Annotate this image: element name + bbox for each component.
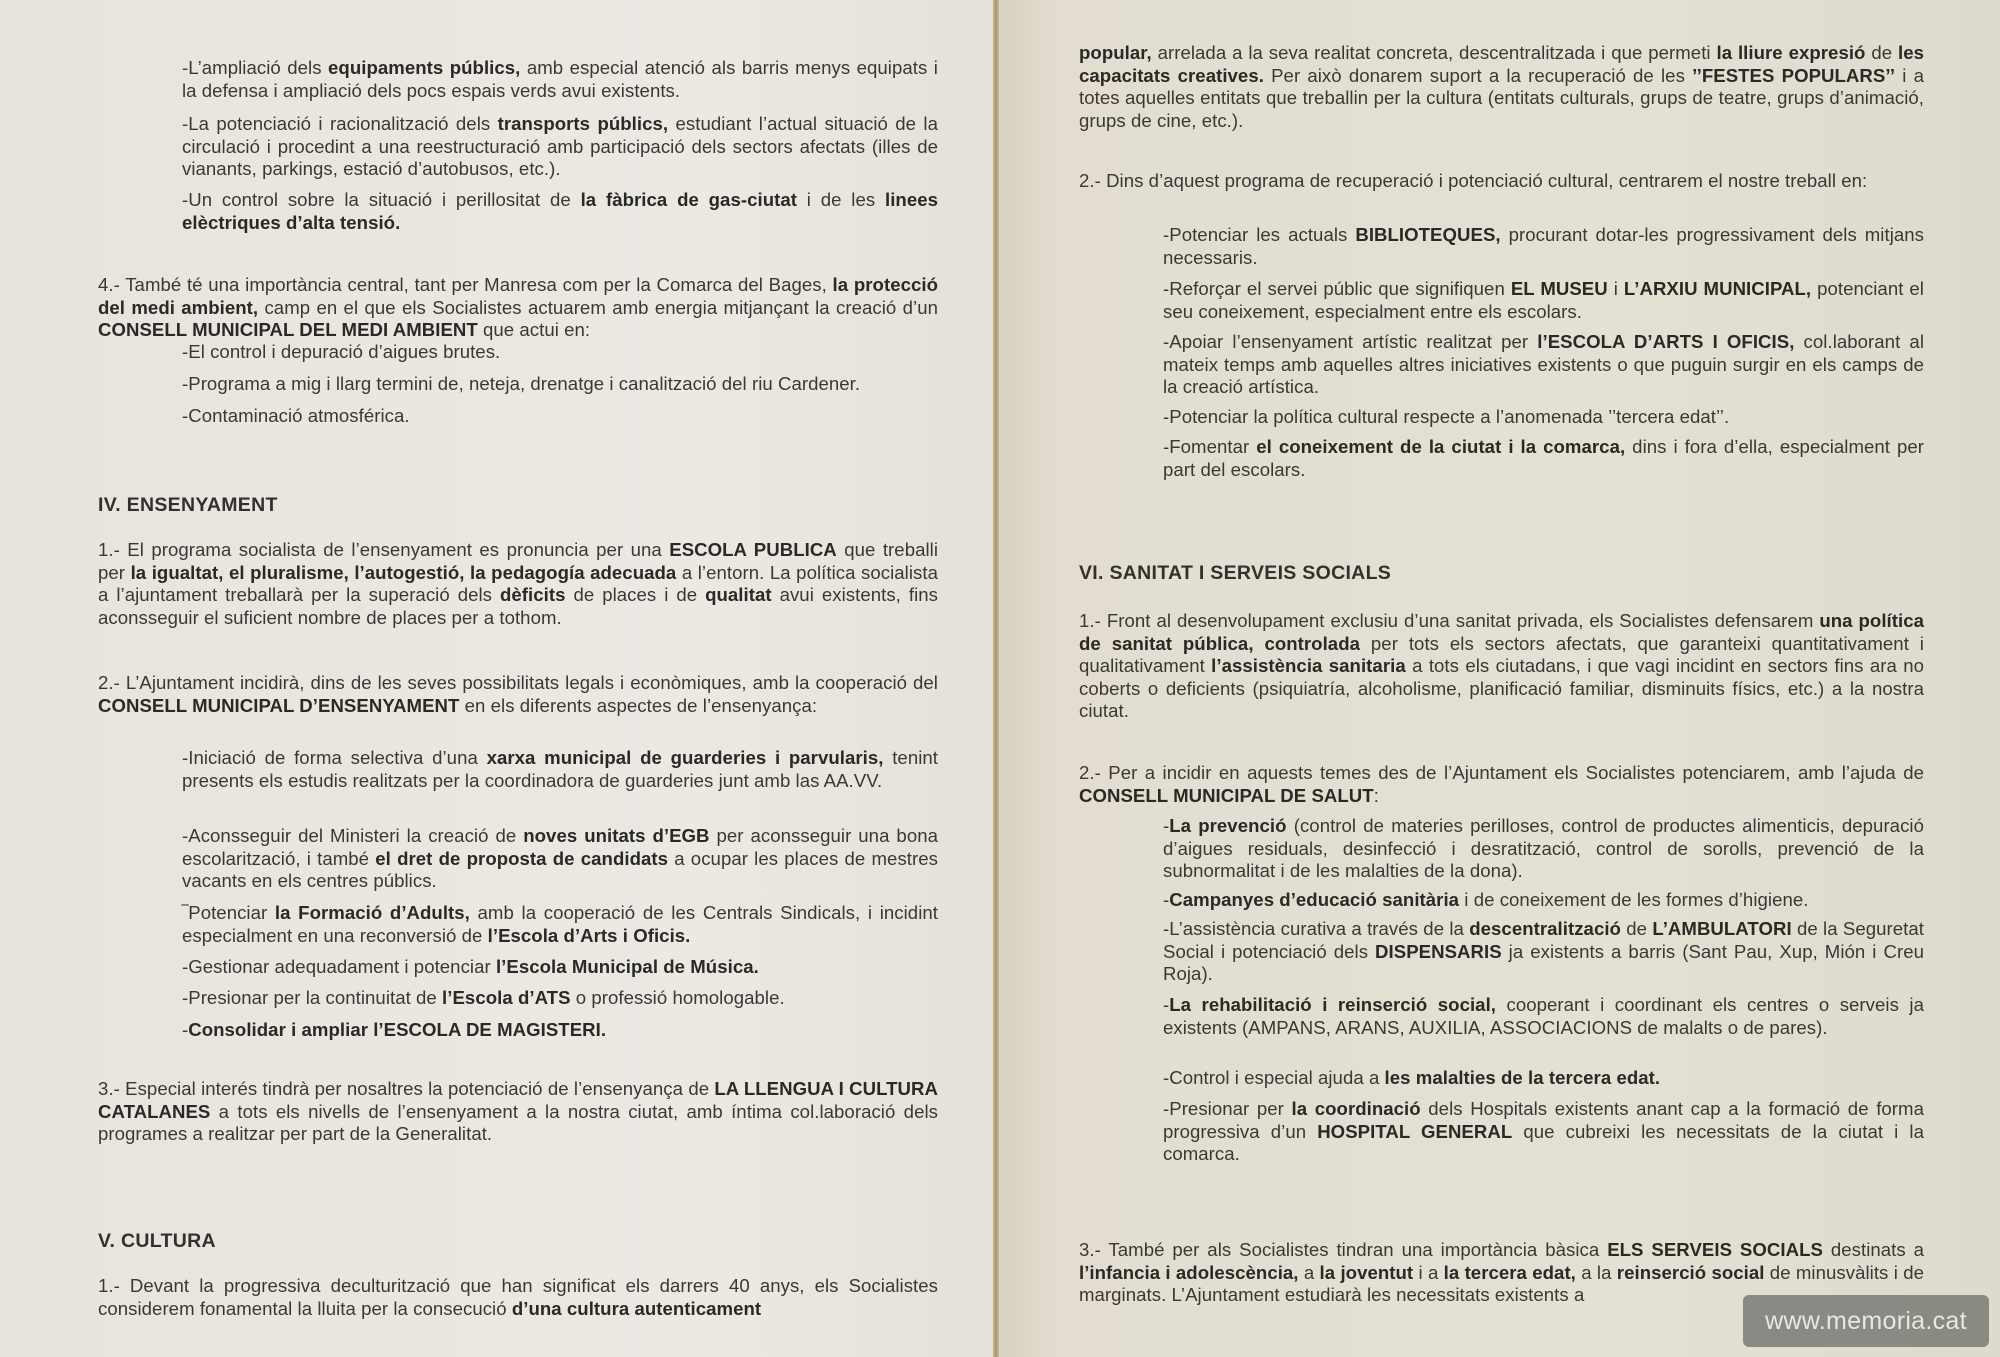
text-run: 2.- Dins d’aquest programa de recuperaci… <box>1079 170 1867 191</box>
text-run: -Contaminació atmosférica. <box>182 405 410 426</box>
watermark-badge: www.memoria.cat <box>1743 1295 1989 1347</box>
text-run: 3.- Especial interés tindrà per nosaltre… <box>98 1078 714 1099</box>
bold-text: ELS SERVEIS SOCIALS <box>1607 1239 1823 1260</box>
list-item: -Presionar per la continuitat de l’Escol… <box>182 987 938 1010</box>
section-heading: IV. ENSENYAMENT <box>98 494 278 517</box>
bold-text: CONSELL MUNICIPAL DE SALUT <box>1079 785 1374 806</box>
bold-text: la igualtat, el pluralisme, l’autogestió… <box>131 562 677 583</box>
bold-text: transports públics, <box>498 113 669 134</box>
list-item: -Aconsseguir del Ministeri la creació de… <box>182 825 938 893</box>
text-run: -Reforçar el servei públic que signifiqu… <box>1163 278 1511 299</box>
list-item: -L’assistència curativa a través de la d… <box>1163 918 1924 986</box>
text-run: -Potenciar les actuals <box>1163 224 1355 245</box>
text-run: -Presionar per <box>1163 1098 1292 1119</box>
bold-text: La prevenció <box>1169 815 1286 836</box>
text-run: de <box>1621 918 1652 939</box>
text-run: destinats a <box>1823 1239 1924 1260</box>
bold-text: qualitat <box>705 584 772 605</box>
text-run: -Fomentar <box>1163 436 1256 457</box>
bold-text: el dret de proposta de candidats <box>375 848 668 869</box>
text-run: 3.- També per als Socialistes tindran un… <box>1079 1239 1607 1260</box>
bold-text: noves unitats d’EGB <box>523 825 709 846</box>
bold-text: descentralització <box>1469 918 1621 939</box>
text-run: en els diferents aspectes de l’ensenyanç… <box>459 695 817 716</box>
list-item: -Reforçar el servei públic que signifiqu… <box>1163 278 1924 323</box>
bold-text: popular, <box>1079 42 1152 63</box>
paragraph: 3.- Especial interés tindrà per nosaltre… <box>98 1078 938 1146</box>
text-run: 4.- També té una importància central, ta… <box>98 274 833 295</box>
text-run: -Potenciar la política cultural respecte… <box>1163 406 1729 427</box>
bold-text: CONSELL MUNICIPAL DEL MEDI AMBIENT <box>98 319 478 340</box>
list-item: -Contaminació atmosférica. <box>182 405 938 428</box>
list-item: -Fomentar el coneixement de la ciutat i … <box>1163 436 1924 481</box>
text-run: -Un control sobre la situació i perillos… <box>182 189 581 210</box>
list-item: -Apoiar l’ensenyament artístic realitzat… <box>1163 331 1924 399</box>
text-run: Per això donarem suport a la recuperació… <box>1264 65 1692 86</box>
text-run: 2.- L’Ajuntament incidirà, dins de les s… <box>98 672 938 693</box>
left-page: IV. ENSENYAMENTV. CULTURA-L’ampliació de… <box>0 0 995 1357</box>
bold-text: l’Escola d’ATS <box>442 987 570 1008</box>
bold-text: ’’FESTES POPULARS’’ <box>1692 65 1895 86</box>
text-run: i de les <box>797 189 885 210</box>
bold-text: ESCOLA PUBLICA <box>669 539 837 560</box>
list-item: -La prevenció (control de materies peril… <box>1163 815 1924 883</box>
list-item: -Un control sobre la situació i perillos… <box>182 189 938 234</box>
paragraph: 1.- Front al desenvolupament exclusiu d’… <box>1079 610 1924 723</box>
text-run: arrelada a la seva realitat concreta, de… <box>1152 42 1717 63</box>
text-run: -Aconsseguir del Ministeri la creació de <box>182 825 523 846</box>
bold-text: xarxa municipal de guarderies i parvular… <box>487 747 884 768</box>
text-run: ‾Potenciar <box>182 902 275 923</box>
bold-text: reinserció social <box>1617 1262 1765 1283</box>
bold-text: DISPENSARIS <box>1375 941 1502 962</box>
list-item: -Gestionar adequadament i potenciar l’Es… <box>182 956 938 979</box>
text-run: o professió homologable. <box>571 987 785 1008</box>
page-gutter <box>993 0 999 1357</box>
bold-text: la joventut <box>1320 1262 1414 1283</box>
bold-text: CONSELL MUNICIPAL D’ENSENYAMENT <box>98 695 459 716</box>
paragraph: 1.- Devant la progressiva deculturitzaci… <box>98 1275 938 1320</box>
section-heading: VI. SANITAT I SERVEIS SOCIALS <box>1079 562 1391 585</box>
text-run: -Apoiar l’ensenyament artístic realitzat… <box>1163 331 1537 352</box>
text-run: de <box>1865 42 1898 63</box>
text-run: -L’assistència curativa a través de la <box>1163 918 1469 939</box>
bold-text: l’Escola Municipal de Música. <box>496 956 759 977</box>
text-run: -Presionar per la continuitat de <box>182 987 442 1008</box>
bold-text: l’ESCOLA D’ARTS I OFICIS, <box>1537 331 1794 352</box>
text-run: 1.- Front al desenvolupament exclusiu d’… <box>1079 610 1819 631</box>
bold-text: la coordinació <box>1292 1098 1421 1119</box>
section-heading: V. CULTURA <box>98 1230 216 1253</box>
text-run: i <box>1608 278 1624 299</box>
text-run: 2.- Per a incidir en aquests temes des d… <box>1079 762 1924 783</box>
paragraph: 2.- Per a incidir en aquests temes des d… <box>1079 762 1924 807</box>
bold-text: la fàbrica de gas-ciutat <box>581 189 797 210</box>
bold-text: l’infancia i adolescència, <box>1079 1262 1299 1283</box>
text-run: 1.- El programa socialista de l’ensenyam… <box>98 539 669 560</box>
text-run: -Programa a mig i llarg termini de, nete… <box>182 373 860 394</box>
paragraph: 2.- L’Ajuntament incidirà, dins de les s… <box>98 672 938 717</box>
list-item: -Campanyes d’educació sanitària i de con… <box>1163 889 1924 912</box>
watermark-text: www.memoria.cat <box>1765 1307 1967 1335</box>
text-run: que actui en: <box>478 319 590 340</box>
bold-text: d’una cultura autenticament <box>512 1298 761 1319</box>
text-run: i a <box>1413 1262 1444 1283</box>
bold-text: l’Escola d’Arts i Oficis. <box>488 925 691 946</box>
text-run: -El control i depuració d’aigues brutes. <box>182 341 500 362</box>
text-run: -L’ampliació dels <box>182 57 328 78</box>
bold-text: la lliure expresió <box>1716 42 1865 63</box>
text-run: -La potenciació i racionalització dels <box>182 113 498 134</box>
text-run: -Control i especial ajuda a <box>1163 1067 1385 1088</box>
list-item: -Consolidar i ampliar l’ESCOLA DE MAGIST… <box>182 1019 938 1042</box>
bold-text: les malalties de la tercera edat. <box>1385 1067 1661 1088</box>
bold-text: equipaments públics, <box>328 57 520 78</box>
list-item: -L’ampliació dels equipaments públics, a… <box>182 57 938 102</box>
list-item: -Programa a mig i llarg termini de, nete… <box>182 373 938 396</box>
text-run: a la <box>1576 1262 1617 1283</box>
list-item: -El control i depuració d’aigues brutes. <box>182 341 938 364</box>
list-item: -Iniciació de forma selectiva d’una xarx… <box>182 747 938 792</box>
bold-text: La rehabilitació i reinserció social, <box>1169 994 1496 1015</box>
bold-text: la tercera edat, <box>1444 1262 1576 1283</box>
text-run: camp en el que els Socialistes actuarem … <box>258 297 938 318</box>
bold-text: HOSPITAL GENERAL <box>1317 1121 1512 1142</box>
bold-text: Consolidar i ampliar l’ESCOLA DE MAGISTE… <box>188 1019 606 1040</box>
text-run: -Gestionar adequadament i potenciar <box>182 956 496 977</box>
bold-text: dèficits <box>500 584 566 605</box>
bold-text: Campanyes d’educació sanitària <box>1169 889 1459 910</box>
text-run: de places i de <box>565 584 705 605</box>
text-run: a <box>1299 1262 1320 1283</box>
bold-text: la Formació d’Adults, <box>275 902 470 923</box>
paragraph: 1.- El programa socialista de l’ensenyam… <box>98 539 938 629</box>
text-run: i de coneixement de les formes d’higiene… <box>1459 889 1808 910</box>
list-item: -Potenciar la política cultural respecte… <box>1163 406 1924 429</box>
paragraph: 2.- Dins d’aquest programa de recuperaci… <box>1079 170 1924 193</box>
text-run: a tots els nivells de l’ensenyament a la… <box>98 1101 938 1145</box>
bold-text: el coneixement de la ciutat i la comarca… <box>1256 436 1625 457</box>
bold-text: EL MUSEU <box>1511 278 1608 299</box>
bold-text: l’assistència sanitaria <box>1211 655 1406 676</box>
paragraph: 4.- També té una importància central, ta… <box>98 274 938 342</box>
text-run: -Iniciació de forma selectiva d’una <box>182 747 487 768</box>
bold-text: BIBLIOTEQUES, <box>1355 224 1500 245</box>
text-run: : <box>1374 785 1379 806</box>
list-item: -Potenciar les actuals BIBLIOTEQUES, pro… <box>1163 224 1924 269</box>
list-item: -La potenciació i racionalització dels t… <box>182 113 938 181</box>
bold-text: L’ARXIU MUNICIPAL, <box>1624 278 1811 299</box>
paragraph: popular, arrelada a la seva realitat con… <box>1079 42 1924 132</box>
list-item: -La rehabilitació i reinserció social, c… <box>1163 994 1924 1039</box>
bold-text: L’AMBULATORI <box>1652 918 1791 939</box>
list-item: -Presionar per la coordinació dels Hospi… <box>1163 1098 1924 1166</box>
list-item: ‾Potenciar la Formació d’Adults, amb la … <box>182 902 938 947</box>
list-item: -Control i especial ajuda a les malaltie… <box>1163 1067 1924 1090</box>
